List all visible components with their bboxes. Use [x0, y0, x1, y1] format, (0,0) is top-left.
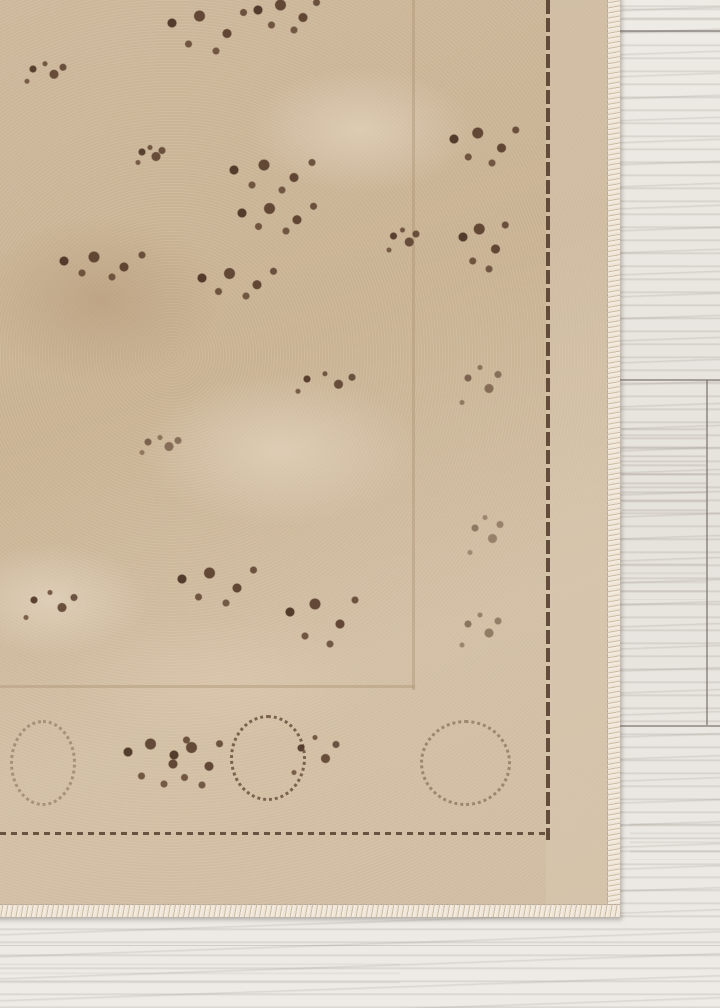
rug-motif: [220, 195, 330, 240]
rug-motif: [10, 580, 90, 630]
plank-grain-patch: [622, 560, 706, 600]
rug-motif: [450, 600, 510, 660]
rug-field-edge-horizontal: [0, 685, 415, 688]
rug-motif: [270, 580, 370, 660]
plank-grain-patch: [630, 820, 720, 860]
rug-motif: [130, 430, 190, 460]
photo-scene: [0, 0, 720, 1008]
rug-motif: [180, 260, 290, 305]
rug-motif: [450, 205, 515, 285]
rug-motif: [280, 720, 350, 790]
rug-motif: [160, 555, 270, 615]
rug-motif: [435, 115, 530, 175]
rug: [0, 0, 620, 917]
rug-border-line-horizontal: [0, 832, 550, 835]
rug-field-edge-vertical: [412, 0, 415, 690]
plank-seam-mid: [618, 379, 720, 381]
rug-motif: [280, 365, 370, 400]
plank-seam-top: [618, 30, 720, 32]
rug-motif: [15, 55, 75, 90]
rug-motif: [210, 150, 330, 200]
rug-motif: [130, 140, 170, 170]
rug-motif: [160, 725, 230, 800]
rug-medallion-ring: [10, 720, 76, 806]
plank-grain-patch: [622, 425, 706, 515]
rug-motif: [380, 220, 425, 260]
plank-grain-patch: [0, 960, 400, 990]
rug-motif: [450, 350, 510, 420]
rug-whipstitch-edge-right: [607, 0, 620, 917]
plank-grain-patch: [622, 5, 720, 25]
rug-border-line-vertical: [546, 0, 550, 840]
rug-medallion-ring: [420, 720, 511, 806]
plank-seam-vertical: [706, 380, 708, 725]
plank-seam-bottom: [0, 945, 720, 946]
plank-seam-lower: [618, 725, 720, 727]
rug-motif: [240, 0, 330, 40]
rug-motif: [40, 245, 160, 285]
rug-motif: [460, 500, 510, 570]
rug-whipstitch-edge-bottom: [0, 904, 620, 917]
